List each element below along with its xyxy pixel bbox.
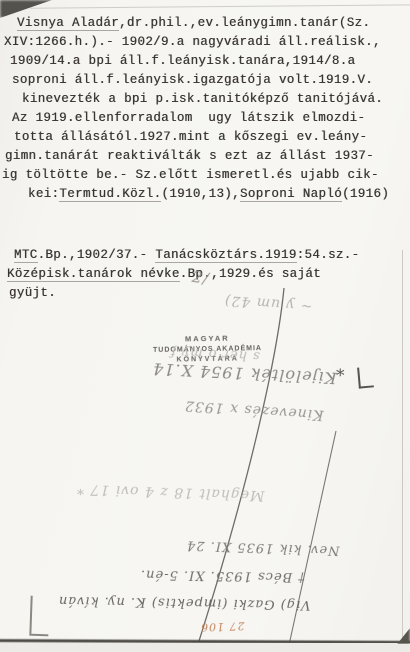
handwritten-note: Vig) Gazki (impektis) K. ny. kíván	[58, 593, 311, 612]
typed-line: gimn.tanárát reaktiválták s ezt az állás…	[0, 147, 406, 166]
typed-text: (1910,13),	[161, 187, 240, 201]
stamp-line-1: MAGYAR	[140, 333, 275, 344]
typed-text: Az 1919.ellenforradalom ugy látszik elmo…	[12, 111, 365, 125]
typed-text: kei:	[28, 187, 59, 201]
handwritten-note: Kinevezés x 1932	[184, 397, 324, 423]
underlined-text: Tanácsköztárs.1919	[155, 248, 296, 263]
handwritten-note: Kijelölték 1954 X.14	[152, 359, 337, 388]
typed-line: kei:Termtud.Közl.(1910,13),Soproni Napló…	[0, 185, 406, 204]
typed-biography-block: Visnya Aladár,dr.phil.,ev.leánygimn.taná…	[0, 14, 406, 204]
underlined-text: Soproni Napló	[240, 187, 342, 202]
typed-line: Az 1919.ellenforradalom ugy látszik elmo…	[0, 109, 406, 128]
underlined-text: Középisk.tanárok névke	[7, 267, 180, 282]
pencil-asterisk-mark: *	[336, 366, 345, 386]
typed-line: 1909/14.a bpi áll.f.leányisk.tanára,1914…	[0, 52, 406, 71]
typed-line: XIV:1266.h.).- 1902/9.a nagyváradi áll.r…	[0, 33, 406, 52]
pencil-corner-mark-bottom	[29, 596, 49, 637]
typed-text: ig töltötte be.- Sz.előtt ismeretl.és uj…	[2, 168, 379, 182]
pencil-corner-mark-top	[357, 366, 374, 388]
underlined-text: Visnya Aladár	[17, 16, 119, 31]
handwritten-note: 2/	[191, 267, 211, 288]
typed-text: ,dr.phil.,ev.leánygimn.tanár(Sz.	[119, 16, 370, 30]
typed-text: kinevezték a bpi p.isk.tanitóképző tanit…	[22, 92, 383, 106]
typed-text: (1916)	[342, 187, 389, 201]
typed-line: totta állásától.1927.mint a kőszegi ev.l…	[0, 128, 406, 147]
card-right-edge	[402, 250, 403, 650]
typed-text: 1909/14.a bpi áll.f.leányisk.tanára,1914…	[10, 54, 355, 68]
typed-line: kinevezték a bpi p.isk.tanitóképző tanit…	[0, 90, 406, 109]
typed-text: gyüjt.	[9, 286, 56, 300]
typed-text: :54.sz.-	[297, 248, 360, 262]
index-card: Visnya Aladár,dr.phil.,ev.leánygimn.taná…	[0, 0, 410, 652]
underlined-text: Termtud.Közl.	[59, 187, 161, 202]
typed-line: ig töltötte be.- Sz.előtt ismeretl.és uj…	[0, 166, 406, 185]
typed-line: soproni áll.f.leányisk.igazgatója volt.1…	[0, 71, 406, 90]
handwritten-note: † Bécs 1935. XI. 5-én.	[140, 567, 305, 585]
typed-text: totta állásától.1927.mint a kőszegi ev.l…	[14, 130, 367, 144]
typed-text: soproni áll.f.leányisk.igazgatója volt.1…	[12, 73, 373, 87]
typed-text: XIV:1266.h.).- 1902/9.a nagyváradi áll.r…	[4, 35, 381, 49]
card-top-edge	[30, 4, 410, 8]
handwritten-note: 27 106	[200, 619, 245, 634]
scan-background-bottom	[0, 643, 410, 652]
underlined-text: MTC	[14, 248, 38, 263]
handwritten-note: Meghalt 18 z 4 ovi 17 *	[76, 481, 265, 504]
typed-line: MTC.Bp.,1902/37.- Tanácsköztárs.1919:54.…	[0, 246, 406, 265]
handwritten-note: Nev. kik 1935 XI. 24	[186, 537, 340, 557]
typed-text: .Bp.,1902/37.-	[38, 248, 156, 262]
typed-line: Visnya Aladár,dr.phil.,ev.leánygimn.taná…	[0, 14, 406, 33]
typed-text: gimn.tanárát reaktiválták s ezt az állás…	[5, 149, 374, 163]
